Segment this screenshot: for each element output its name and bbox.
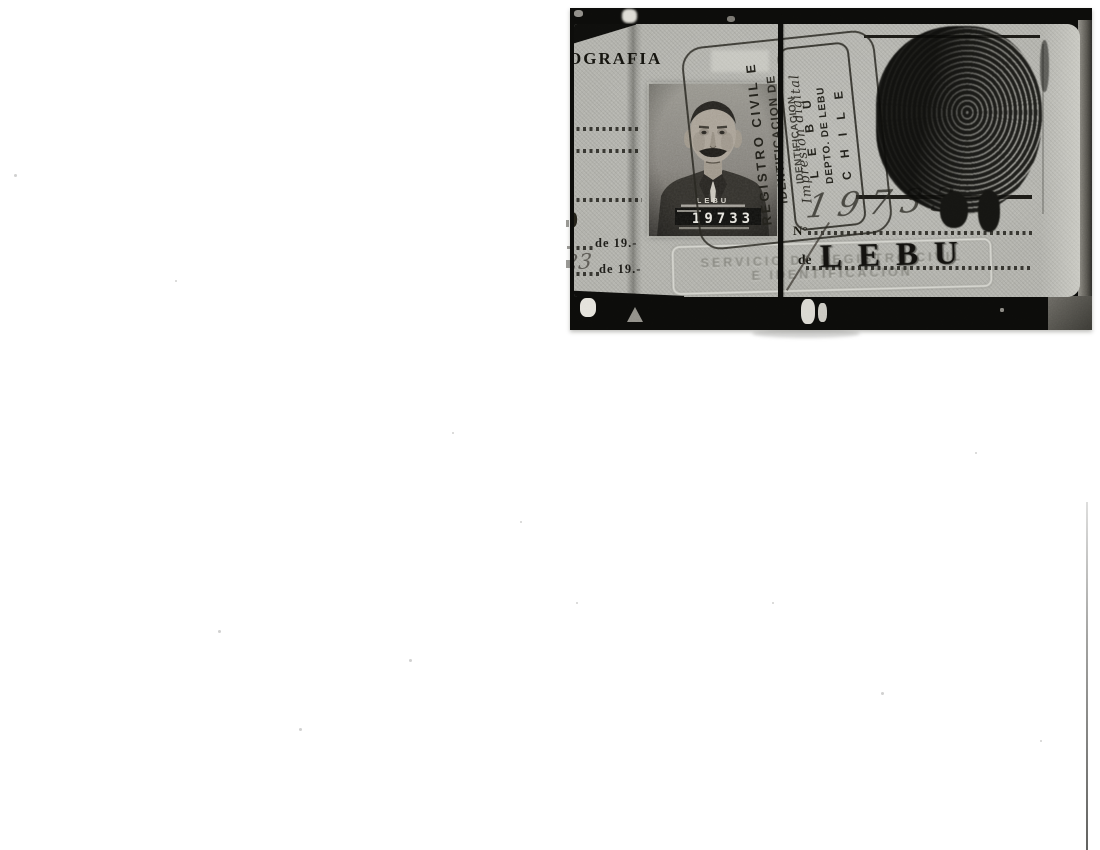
crop-mark: [566, 220, 569, 227]
place-stamped-lebu: LEBU: [820, 235, 975, 276]
ink-smudge: [978, 190, 1000, 232]
dust-speck: [409, 659, 412, 662]
dust-speck: [1040, 740, 1042, 742]
fotografia-label: OGRAFIA: [574, 49, 662, 69]
date-field-1: de 19.-: [595, 236, 637, 251]
dust-speck: [14, 174, 17, 177]
ink-smudge: [1040, 40, 1049, 92]
dust-speck: [520, 521, 522, 523]
dust-speck: [218, 630, 221, 633]
dust-speck: [881, 692, 884, 695]
dust-speck: [299, 728, 302, 731]
photo-blemish: [818, 303, 827, 322]
ink-smudge: [940, 192, 968, 228]
form-dotted-line: [574, 198, 642, 202]
photo-blemish: [801, 299, 815, 324]
id-card-photograph: OGRAFIA 9 de 19.- 23 de 19.- SERVICIO DE…: [570, 8, 1092, 330]
scanned-document-page: { "colors": { "page_background": "#fffff…: [0, 0, 1100, 850]
date-field-2: de 19.-: [599, 262, 641, 277]
page-edge-line: [1086, 502, 1088, 850]
handwritten-margin-number: 23: [574, 249, 593, 275]
photo-blemish: [574, 10, 583, 17]
booklet-edge-shadow: [1078, 20, 1092, 320]
photo-blemish: [727, 16, 735, 22]
dust-speck: [975, 452, 977, 454]
photo-blemish: [627, 307, 643, 322]
dust-speck: [576, 602, 578, 604]
rubber-stamp: REGISTRO CIVIL E IDENTIFICACION DE IDENT…: [680, 28, 895, 252]
form-dotted-line: [574, 127, 640, 131]
margin-digit: 9: [574, 208, 578, 235]
photo-blemish: [1000, 308, 1004, 312]
booklet-binding-line: [778, 24, 783, 297]
dust-speck: [772, 602, 774, 604]
photo-blemish: [622, 9, 637, 23]
scan-smudge: [752, 329, 860, 338]
dust-speck: [452, 432, 454, 434]
form-dotted-line: [574, 149, 640, 153]
booklet-corner-shadow: [1048, 296, 1092, 330]
id-booklet: OGRAFIA 9 de 19.- 23 de 19.- SERVICIO DE…: [574, 24, 1080, 297]
photo-blemish: [580, 298, 596, 317]
fingerprint: [876, 26, 1042, 214]
dust-speck: [175, 280, 177, 282]
